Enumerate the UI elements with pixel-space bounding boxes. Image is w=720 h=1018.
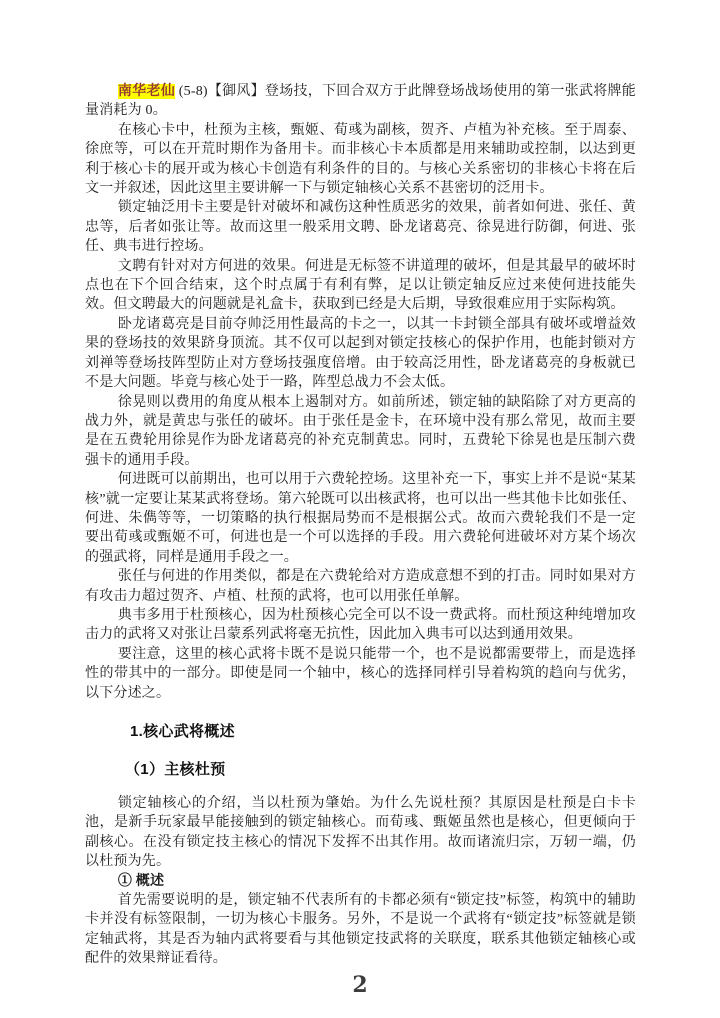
intro-paragraph: 南华老仙 (5-8)【御风】登场技，下回合双方于此牌登场战场使用的第一张武将牌能… — [85, 82, 636, 121]
paragraph-core-cards: 在核心卡中，杜预为主核，甄姬、荀彧为副核，贺齐、卢植为补充核。至于周泰、徐庶等，… — [85, 121, 636, 199]
subsection-heading: （1）主核杜预 — [85, 758, 636, 779]
document-page: 南华老仙 (5-8)【御风】登场技，下回合双方于此牌登场战场使用的第一张武将牌能… — [0, 0, 720, 1018]
highlighted-term: 南华老仙 — [118, 84, 175, 99]
section-heading: 1.核心武将概述 — [85, 720, 636, 741]
numbered-item-overview: ① 概述 — [85, 872, 636, 891]
document-body: 南华老仙 (5-8)【御风】登场技，下回合双方于此牌登场战场使用的第一张武将牌能… — [85, 82, 636, 969]
page-footer: 2 — [0, 972, 720, 998]
paragraph-core-note: 要注意，这里的核心武将卡既不是说只能带一个，也不是说都需要带上，而是选择性的带其… — [85, 645, 636, 703]
paragraph-overview-detail: 首先需要说明的是，锁定轴不代表所有的卡都必须有“锁定技”标签，构筑中的辅助卡并没… — [85, 891, 636, 969]
page-number: 2 — [352, 972, 367, 998]
paragraph-wenpin: 文聘有针对对方何进的效果。何进是无标签不讲道理的破坏，但是其最早的破坏时点也在下… — [85, 257, 636, 315]
paragraph-zhangren: 张任与何进的作用类似，都是在六费轮给对方造成意想不到的打击。同时如果对方有攻击力… — [85, 567, 636, 606]
paragraph-wolong-zhugeliang: 卧龙诸葛亮是目前夺帅泛用性最高的卡之一，以其一卡封锁全部具有破坏或增益效果的登场… — [85, 315, 636, 393]
paragraph-xuhuang: 徐晃则以费用的角度从根本上遏制对方。如前所述，锁定轴的缺陷除了对方更高的战力外，… — [85, 393, 636, 471]
paragraph-duyu-intro: 锁定轴核心的介绍，当以杜预为肇始。为什么先说杜预？其原因是杜预是白卡卡池，是新手… — [85, 794, 636, 872]
paragraph-dianwei: 典韦多用于杜预核心，因为杜预核心完全可以不设一费武将。而杜预这种纯增加攻击力的武… — [85, 606, 636, 645]
paragraph-generic-cards: 锁定轴泛用卡主要是针对破坏和减伤这种性质恶劣的效果，前者如何进、张任、黄忠等，后… — [85, 198, 636, 256]
paragraph-hejin: 何进既可以前期出，也可以用于六费轮控场。这里补充一下，事实上并不是说“某某核”就… — [85, 470, 636, 567]
